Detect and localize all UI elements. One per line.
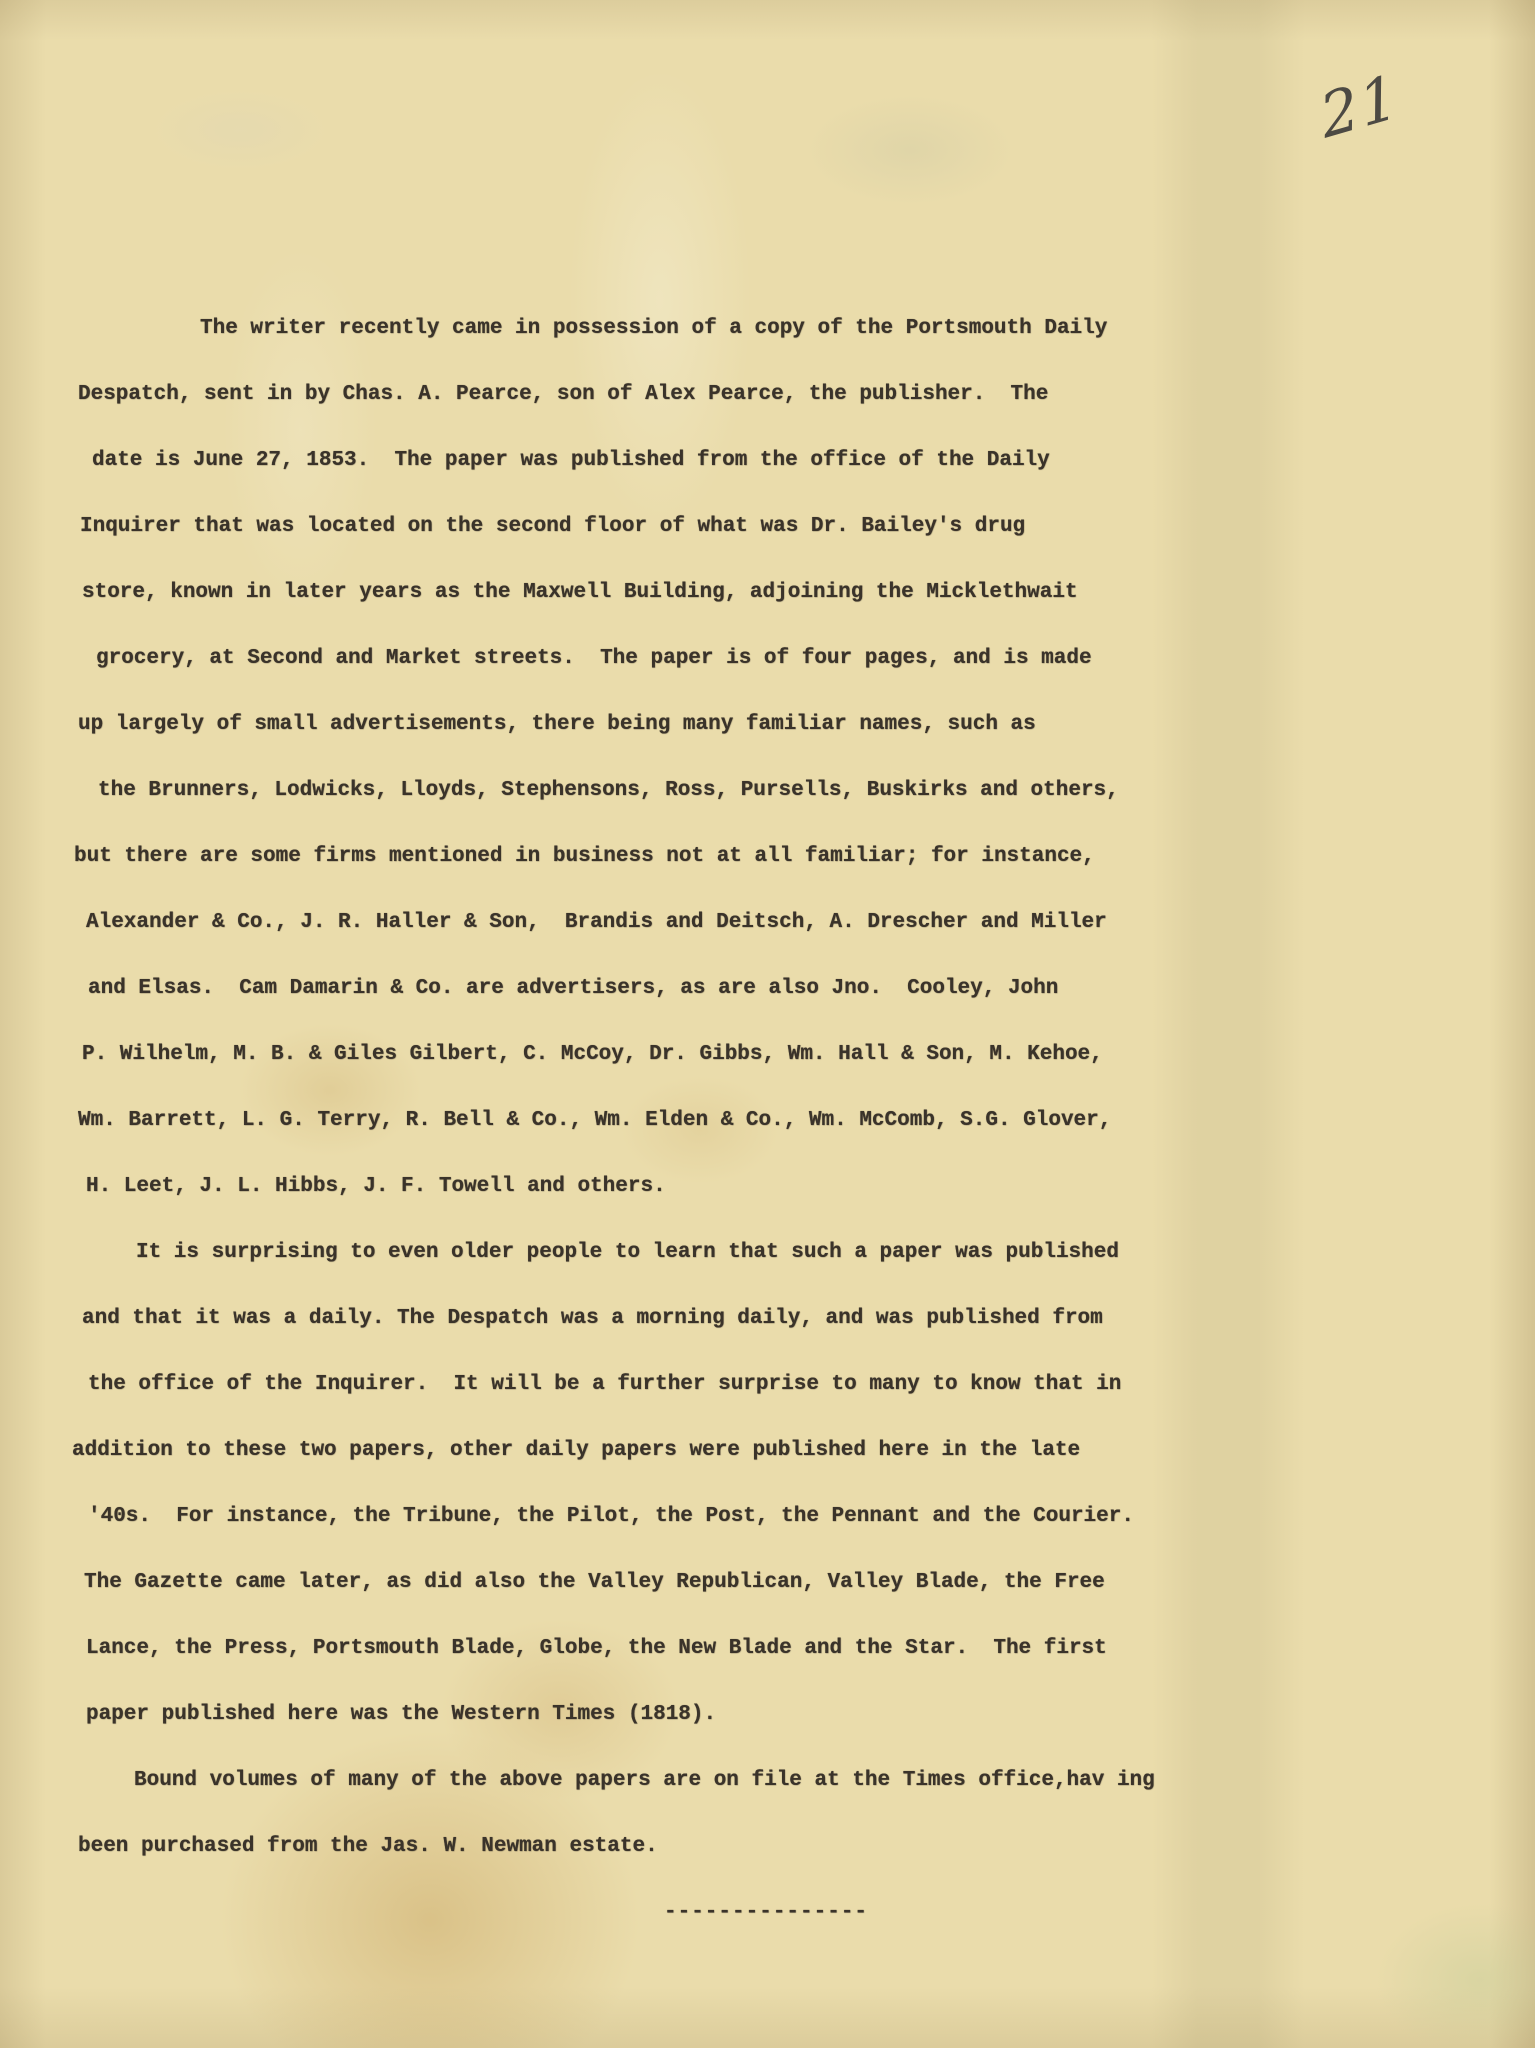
text-line: date is June 27, 1853. The paper was pub… — [92, 428, 1188, 494]
text-line: the Brunners, Lodwicks, Lloyds, Stephens… — [98, 758, 1188, 824]
text-line: paper published here was the Western Tim… — [86, 1682, 1188, 1748]
text-line: and that it was a daily. The Despatch wa… — [82, 1286, 1188, 1352]
text-line: grocery, at Second and Market streets. T… — [96, 626, 1188, 692]
paragraph: It is surprising to even older people to… — [78, 1220, 1188, 1748]
text-line: It is surprising to even older people to… — [136, 1220, 1188, 1286]
text-line: P. Wilhelm, M. B. & Giles Gilbert, C. Mc… — [82, 1022, 1188, 1088]
text-line: The Gazette came later, as did also the … — [84, 1550, 1188, 1616]
paragraph: Bound volumes of many of the above paper… — [78, 1748, 1188, 1880]
text-line: Despatch, sent in by Chas. A. Pearce, so… — [78, 362, 1188, 428]
document-body: The writer recently came in possession o… — [78, 296, 1188, 1946]
paragraph: The writer recently came in possession o… — [78, 296, 1188, 1220]
text-line: the office of the Inquirer. It will be a… — [88, 1352, 1188, 1418]
typed-separator: --------------- — [664, 1880, 1188, 1946]
document-page: 21 The writer recently came in possessio… — [0, 0, 1535, 2048]
text-line: been purchased from the Jas. W. Newman e… — [78, 1814, 1188, 1880]
text-line: addition to these two papers, other dail… — [72, 1418, 1188, 1484]
text-line: Alexander & Co., J. R. Haller & Son, Bra… — [86, 890, 1188, 956]
text-line: but there are some firms mentioned in bu… — [74, 824, 1188, 890]
text-line: up largely of small advertisements, ther… — [78, 692, 1188, 758]
text-line: Lance, the Press, Portsmouth Blade, Glob… — [86, 1616, 1188, 1682]
text-line: H. Leet, J. L. Hibbs, J. F. Towell and o… — [86, 1154, 1188, 1220]
text-line: The writer recently came in possession o… — [200, 296, 1188, 362]
text-line: Inquirer that was located on the second … — [80, 494, 1188, 560]
text-line: store, known in later years as the Maxwe… — [82, 560, 1188, 626]
text-line: '40s. For instance, the Tribune, the Pil… — [88, 1484, 1188, 1550]
text-line: Bound volumes of many of the above paper… — [134, 1748, 1188, 1814]
handwritten-page-number: 21 — [1315, 61, 1404, 152]
text-line: Wm. Barrett, L. G. Terry, R. Bell & Co.,… — [78, 1088, 1188, 1154]
text-line: and Elsas. Cam Damarin & Co. are adverti… — [88, 956, 1188, 1022]
